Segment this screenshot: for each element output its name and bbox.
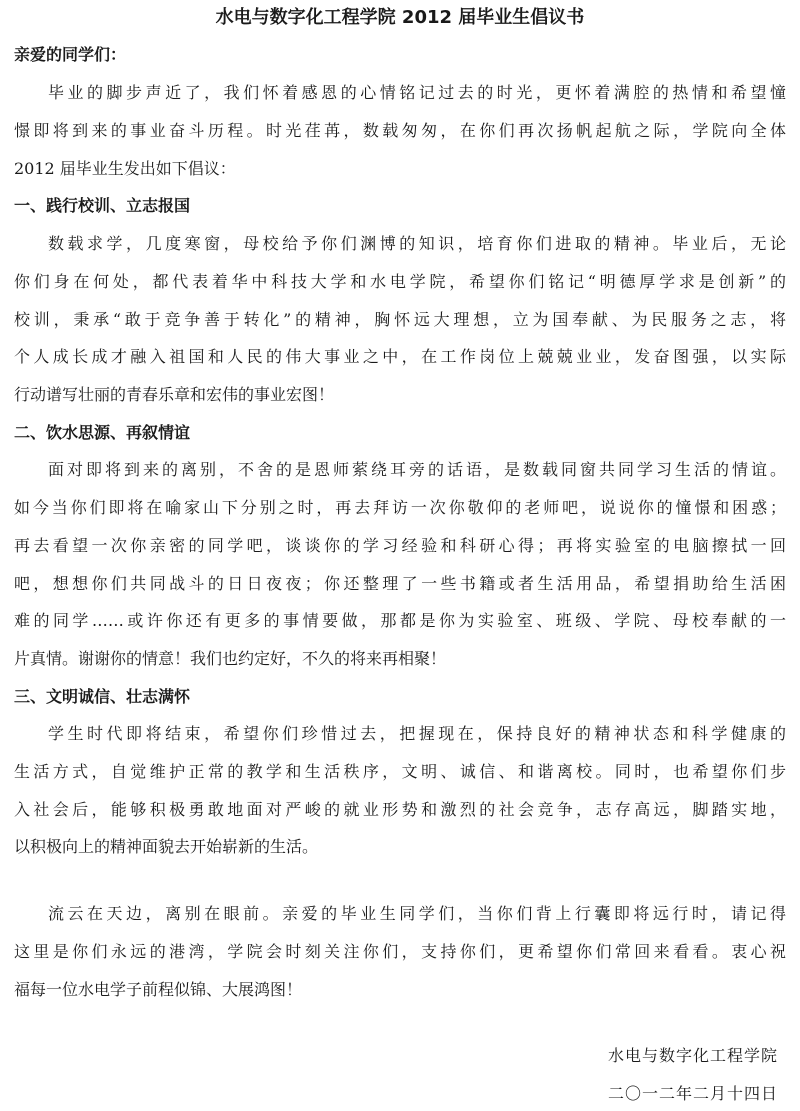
salutation: 亲爱的同学们： (14, 43, 126, 67)
paragraph-line: 毕业的脚步声近了，我们怀着感恩的心情铭记过去的时光，更怀着满腔的热情和希望憧 (48, 81, 786, 105)
paragraph-line: 2012 届毕业生发出如下倡议： (14, 157, 786, 181)
document-title: 水电与数字化工程学院 2012 届毕业生倡议书 (0, 4, 800, 32)
paragraph-line: 以积极向上的精神面貌去开始崭新的生活。 (14, 835, 786, 859)
paragraph-line: 难的同学……或许你还有更多的事情要做，那都是你为实验室、班级、学院、母校奉献的一 (14, 609, 786, 633)
signature-date: 二〇一二年二月十四日 (608, 1082, 778, 1106)
paragraph-line: 这里是你们永远的港湾，学院会时刻关注你们，支持你们，更希望你们常回来看看。衷心祝 (14, 940, 786, 964)
paragraph-line: 如今当你们即将在喻家山下分别之时，再去拜访一次你敬仰的老师吧，说说你的憧憬和困惑… (14, 496, 786, 520)
paragraph-line: 数载求学，几度寒窗，母校给予你们渊博的知识，培育你们进取的精神。毕业后，无论 (48, 232, 786, 256)
paragraph-line: 入社会后，能够积极勇敢地面对严峻的就业形势和激烈的社会竞争，志存高远，脚踏实地， (14, 798, 786, 822)
paragraph-line: 生活方式，自觉维护正常的教学和生活秩序，文明、诚信、和谐离校。同时，也希望你们步 (14, 760, 786, 784)
paragraph-line: 片真情。谢谢你的情意！我们也约定好，不久的将来再相聚！ (14, 647, 786, 671)
section-heading: 一、践行校训、立志报国 (14, 194, 190, 218)
paragraph-line: 行动谱写壮丽的青春乐章和宏伟的事业宏图！ (14, 383, 786, 407)
paragraph-line: 校训，秉承“敢于竞争善于转化”的精神，胸怀远大理想，立为国奉献、为民服务之志，将 (14, 308, 786, 332)
section-heading: 三、文明诚信、壮志满怀 (14, 685, 190, 709)
paragraph-line: 个人成长成才融入祖国和人民的伟大事业之中，在工作岗位上兢兢业业，发奋图强，以实际 (14, 345, 786, 369)
paragraph-line: 再去看望一次你亲密的同学吧，谈谈你的学习经验和科研心得；再将实验室的电脑擦拭一回 (14, 534, 786, 558)
paragraph-line: 憬即将到来的事业奋斗历程。时光荏苒，数载匆匆，在你们再次扬帆起航之际，学院向全体 (14, 119, 786, 143)
signature-organization: 水电与数字化工程学院 (608, 1044, 778, 1068)
paragraph-line: 学生时代即将结束，希望你们珍惜过去，把握现在，保持良好的精神状态和科学健康的 (48, 722, 786, 746)
paragraph-line: 福每一位水电学子前程似锦、大展鸿图！ (14, 978, 786, 1002)
section-heading: 二、饮水思源、再叙情谊 (14, 421, 190, 445)
paragraph-line: 流云在天边，离别在眼前。亲爱的毕业生同学们，当你们背上行囊即将远行时，请记得 (48, 902, 786, 926)
paragraph-line: 你们身在何处，都代表着华中科技大学和水电学院，希望你们铭记“明德厚学求是创新”的 (14, 270, 786, 294)
paragraph-line: 吧，想想你们共同战斗的日日夜夜；你还整理了一些书籍或者生活用品，希望捐助给生活困 (14, 572, 786, 596)
paragraph-line: 面对即将到来的离别，不舍的是恩师萦绕耳旁的话语，是数载同窗共同学习生活的情谊。 (48, 458, 786, 482)
